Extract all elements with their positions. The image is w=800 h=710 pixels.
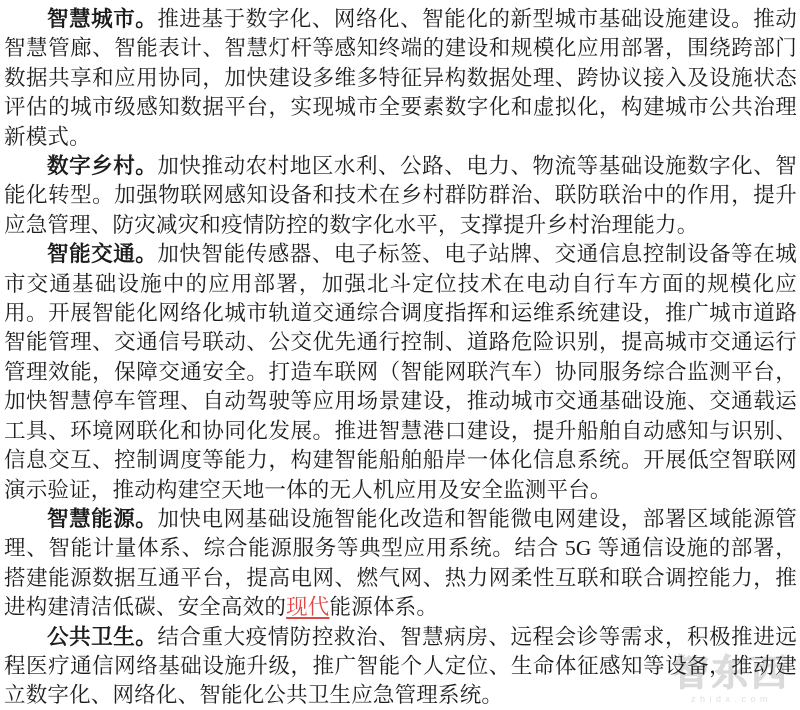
paragraph-intelligent-transport-body: 加快智能传感器、电子标签、电子站牌、交通信息控制设备等在城市交通基础设施中的应用… bbox=[4, 242, 797, 501]
paragraph-digital-village: 数字乡村。加快推动农村地区水利、公路、电力、物流等基础设施数字化、智能化转型。加… bbox=[4, 152, 797, 240]
paragraph-smart-city-heading: 智慧城市。 bbox=[47, 7, 157, 31]
paragraph-digital-village-heading: 数字乡村。 bbox=[47, 154, 157, 178]
red-underlined-term: 现代 bbox=[286, 595, 329, 619]
paragraph-smart-energy-body-after: 能源体系。 bbox=[330, 595, 439, 619]
paragraph-intelligent-transport: 智能交通。加快智能传感器、电子标签、电子站牌、交通信息控制设备等在城市交通基础设… bbox=[4, 240, 797, 505]
paragraph-smart-energy-heading: 智慧能源。 bbox=[47, 507, 157, 531]
paragraph-smart-energy: 智慧能源。加快电网基础设施智能化改造和智能微电网建设，部署区域能源管理、智能计量… bbox=[4, 505, 797, 623]
paragraph-public-health: 公共卫生。结合重大疫情防控救治、智慧病房、远程会诊等需求，积极推进远程医疗通信网… bbox=[4, 623, 797, 710]
document-page: 智慧城市。推进基于数字化、网络化、智能化的新型城市基础设施建设。推动智慧管廊、智… bbox=[0, 0, 800, 710]
paragraph-public-health-heading: 公共卫生。 bbox=[47, 625, 157, 649]
paragraph-smart-city: 智慧城市。推进基于数字化、网络化、智能化的新型城市基础设施建设。推动智慧管廊、智… bbox=[4, 5, 797, 152]
paragraph-intelligent-transport-heading: 智能交通。 bbox=[47, 242, 157, 266]
